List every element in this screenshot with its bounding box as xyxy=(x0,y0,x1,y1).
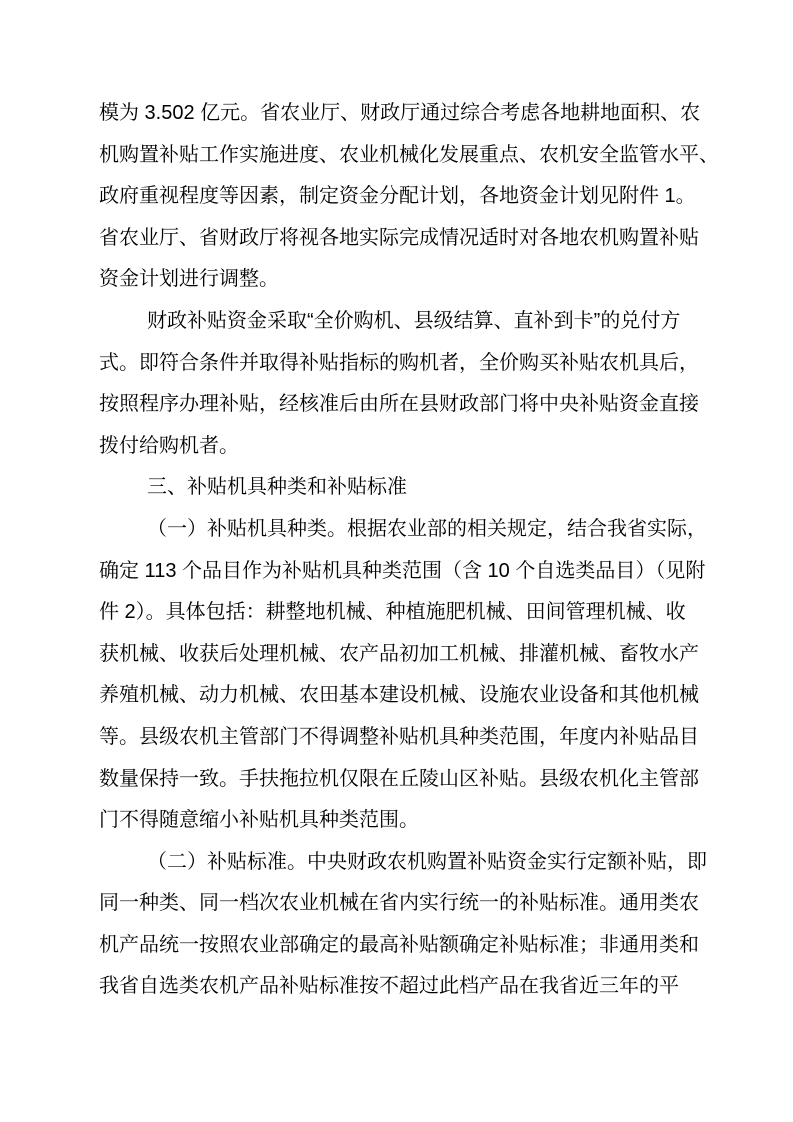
text-line: （二）补贴标准。中央财政农机购置补贴资金实行定额补贴，即 xyxy=(99,842,703,884)
text-line: 政府重视程度等因素，制定资金分配计划，各地资金计划见附件 1。 xyxy=(99,176,703,218)
text-line: 机产品统一按照农业部确定的最高补贴额确定补贴标准；非通用类和 xyxy=(99,925,703,967)
text-line: 拨付给购机者。 xyxy=(99,426,703,468)
text-line: 等。县级农机主管部门不得调整补贴机具种类范围，年度内补贴品目 xyxy=(99,717,703,759)
text-line: 三、补贴机具种类和补贴标准 xyxy=(99,467,703,509)
text-line: 财政补贴资金采取“全价购机、县级结算、直补到卡”的兑付方 xyxy=(99,301,703,343)
text-line: 省农业厅、省财政厅将视各地实际完成情况适时对各地农机购置补贴 xyxy=(99,218,703,260)
paragraph: 财政补贴资金采取“全价购机、县级结算、直补到卡”的兑付方式。即符合条件并取得补贴… xyxy=(99,301,703,467)
text-line: 式。即符合条件并取得补贴指标的购机者，全价购买补贴农机具后， xyxy=(99,343,703,385)
text-line: 门不得随意缩小补贴机具种类范围。 xyxy=(99,800,703,842)
text-line: 模为 3.502 亿元。省农业厅、财政厅通过综合考虑各地耕地面积、农 xyxy=(99,93,703,135)
text-line: 我省自选类农机产品补贴标准按不超过此档产品在我省近三年的平 xyxy=(99,966,703,1008)
text-line: 确定 113 个品目作为补贴机具种类范围（含 10 个自选类品目）（见附 xyxy=(99,551,703,593)
text-line: 同一种类、同一档次农业机械在省内实行统一的补贴标准。通用类农 xyxy=(99,883,703,925)
text-line: 获机械、收获后处理机械、农产品初加工机械、排灌机械、畜牧水产 xyxy=(99,634,703,676)
text-line: 按照程序办理补贴，经核准后由所在县财政部门将中央补贴资金直接 xyxy=(99,384,703,426)
document-page: 模为 3.502 亿元。省农业厅、财政厅通过综合考虑各地耕地面积、农机购置补贴工… xyxy=(0,0,793,1122)
text-line: 件 2）。具体包括：耕整地机械、种植施肥机械、田间管理机械、收 xyxy=(99,592,703,634)
text-line: 资金计划进行调整。 xyxy=(99,259,703,301)
paragraph: 三、补贴机具种类和补贴标准 xyxy=(99,467,703,509)
paragraph: （二）补贴标准。中央财政农机购置补贴资金实行定额补贴，即同一种类、同一档次农业机… xyxy=(99,842,703,1008)
text-line: 养殖机械、动力机械、农田基本建设机械、设施农业设备和其他机械 xyxy=(99,675,703,717)
paragraph: 模为 3.502 亿元。省农业厅、财政厅通过综合考虑各地耕地面积、农机购置补贴工… xyxy=(99,93,703,301)
text-line: 机购置补贴工作实施进度、农业机械化发展重点、农机安全监管水平、 xyxy=(99,135,703,177)
text-line: （一）补贴机具种类。根据农业部的相关规定，结合我省实际， xyxy=(99,509,703,551)
paragraph: （一）补贴机具种类。根据农业部的相关规定，结合我省实际，确定 113 个品目作为… xyxy=(99,509,703,842)
document-body: 模为 3.502 亿元。省农业厅、财政厅通过综合考虑各地耕地面积、农机购置补贴工… xyxy=(99,93,703,1008)
text-line: 数量保持一致。手扶拖拉机仅限在丘陵山区补贴。县级农机化主管部 xyxy=(99,759,703,801)
